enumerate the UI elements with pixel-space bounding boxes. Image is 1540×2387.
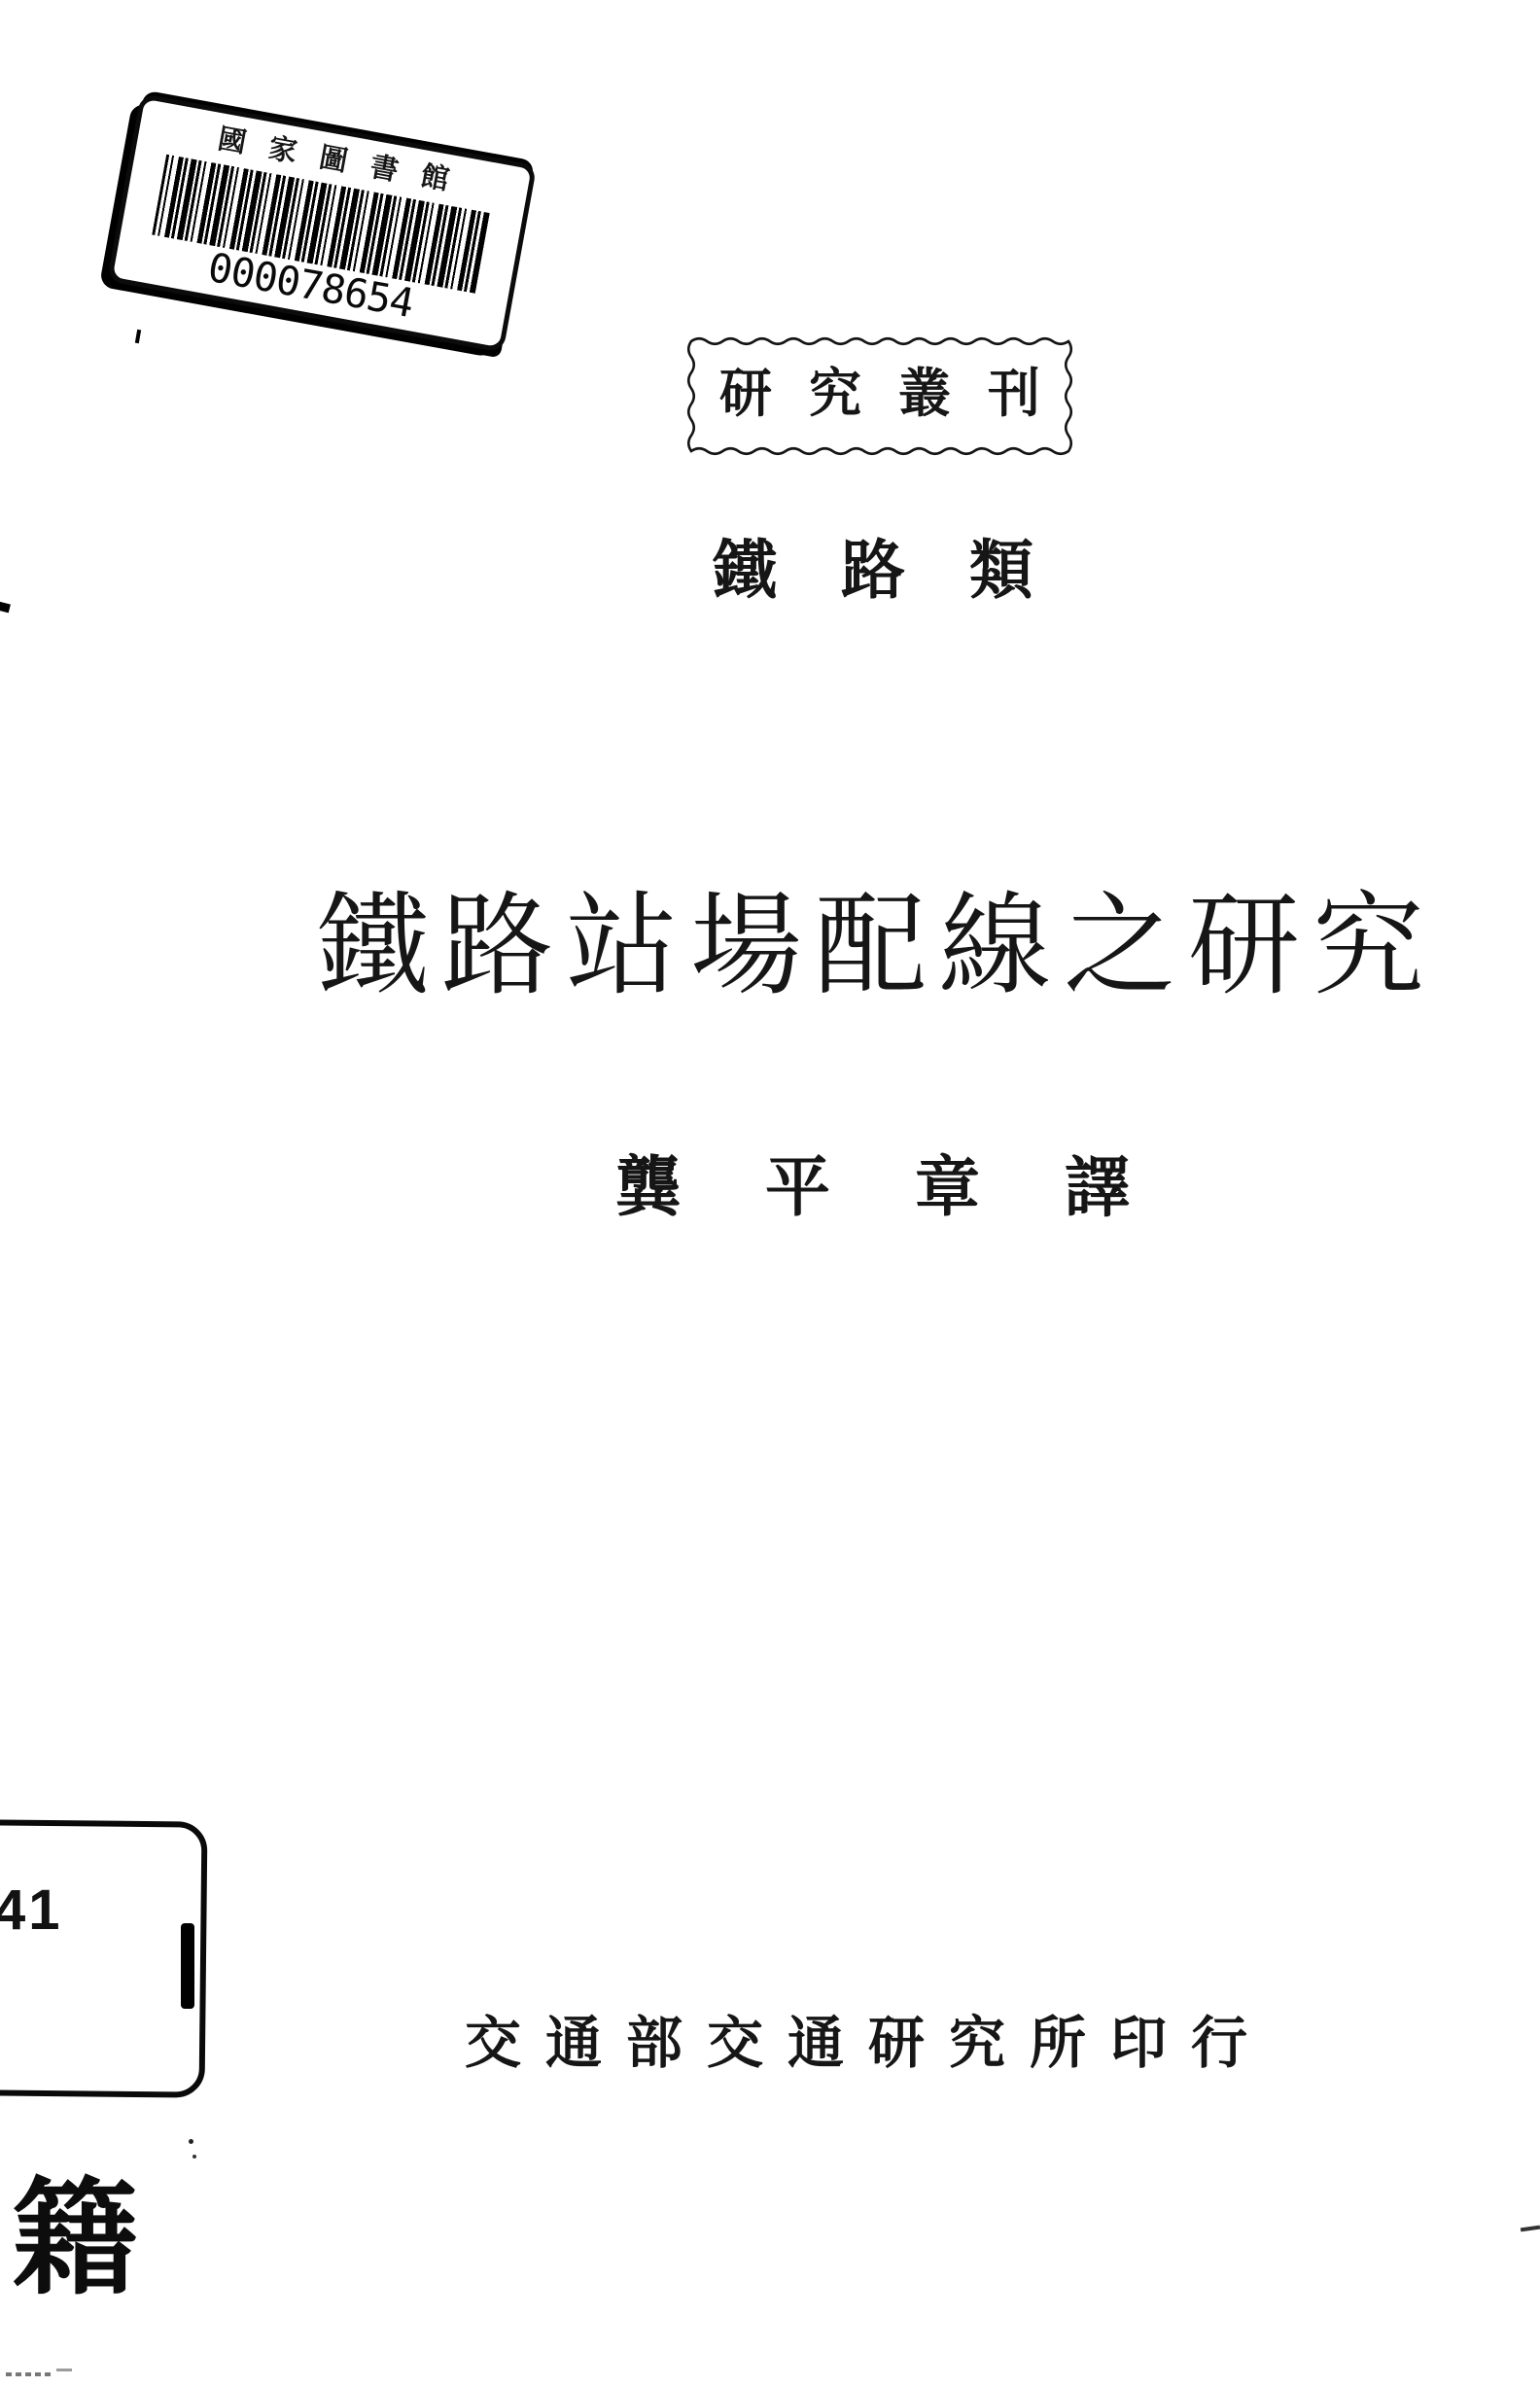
series-box: 研究叢刊: [682, 333, 1077, 460]
scan-noise-right-dash: [1521, 2226, 1540, 2232]
scan-noise-bottom-dash: [56, 2369, 72, 2371]
translator-credit: 龔平章譯: [615, 1153, 1214, 1225]
label-edge-smudge: [181, 1923, 194, 2009]
category-label: 鐵路類: [713, 537, 1098, 608]
scan-noise-dot: [192, 2155, 196, 2159]
book-title: 鐵路站場配線之研究: [317, 883, 1437, 1011]
scan-noise-left-dash: [0, 602, 11, 614]
series-title: 研究叢刊: [682, 368, 1077, 420]
scan-noise-label-tick: [135, 330, 141, 343]
scan-noise-dot: [189, 2139, 193, 2144]
scan-noise-bottom-dashes: [6, 2372, 52, 2376]
call-number-label: [0, 1818, 207, 2097]
corner-stamp-character: 籍: [12, 2174, 138, 2307]
call-number-text: 41: [0, 1882, 63, 1939]
library-barcode-label: 國家圖書館 000078654: [107, 93, 537, 353]
book-title-page: 國家圖書館 000078654 研究叢刊 鐵路類 鐵路站場配線之研究 龔平章譯 …: [0, 0, 1540, 2387]
publisher-imprint: 交通部交通研究所印行: [465, 2013, 1272, 2075]
